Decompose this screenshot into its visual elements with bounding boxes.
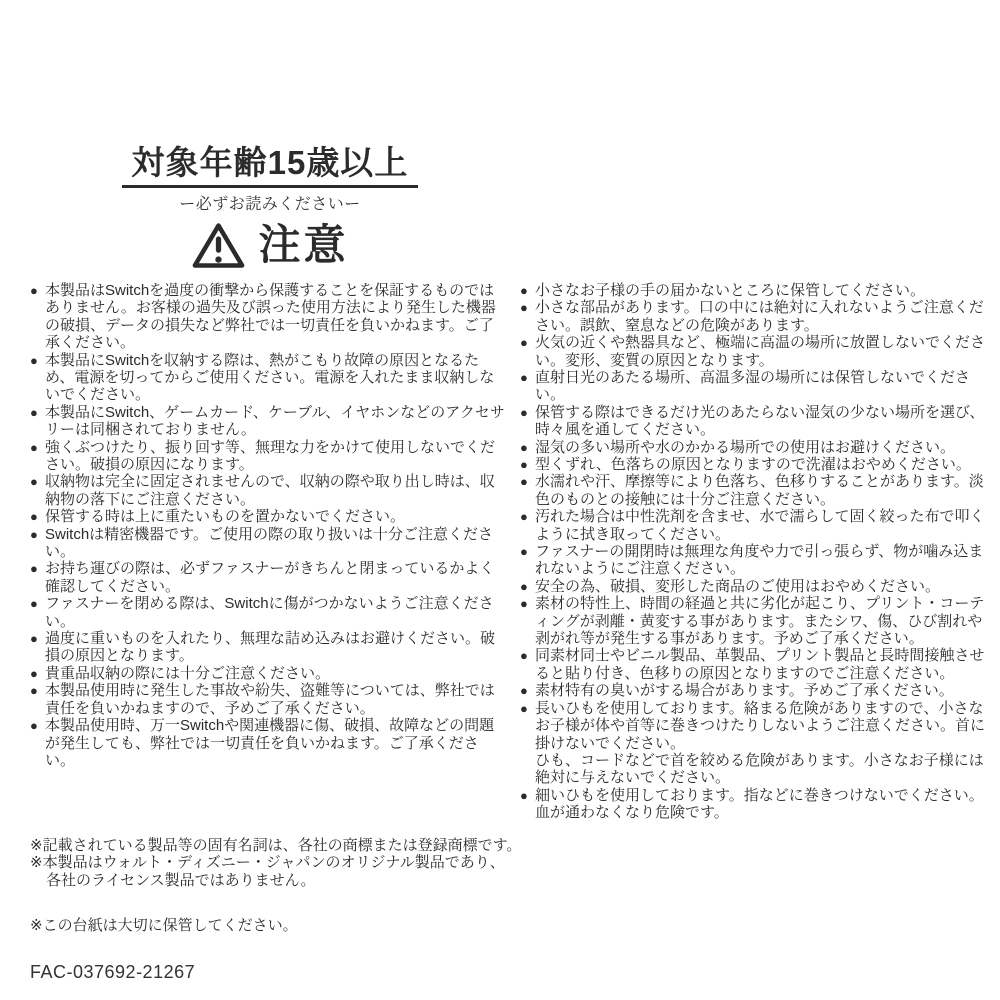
footnotes: ※記載されている製品等の固有名詞は、各社の商標または登録商標です。 ※本製品はウ… — [0, 837, 530, 890]
caution-text: 小さな部品があります。口の中には絶対に入れないようご注意ください。誤飲、窒息など… — [535, 299, 996, 334]
caution-text: 貴重品収納の際には十分ご注意ください。 — [45, 665, 506, 682]
bullet-icon: ● — [30, 682, 45, 699]
caution-text: 安全の為、破損、変形した商品のご使用はおやめください。 — [535, 578, 996, 595]
caution-columns: ●本製品はSwitchを過度の衝撃から保護することを保証するものではありません。… — [0, 270, 1000, 822]
bullet-icon: ● — [520, 682, 535, 699]
caution-text: 本製品にSwitch、ゲームカード、ケーブル、イヤホンなどのアクセサリーは同梱さ… — [45, 404, 506, 439]
bullet-icon: ● — [520, 647, 535, 664]
license-note: ※本製品はウォルト・ディズニー・ジャパンのオリジナル製品であり、 各社のライセン… — [30, 854, 530, 889]
caution-heading: 注意 — [0, 221, 540, 270]
caution-text: 収納物は完全に固定されませんので、収納の際や取り出し時は、収納物の落下にご注意く… — [45, 473, 506, 508]
caution-list-item: ●火気の近くや熱器具など、極端に高温の場所に放置しないでください。変形、変質の原… — [520, 334, 996, 369]
bullet-icon: ● — [30, 595, 45, 612]
caution-text: お持ち運びの際は、必ずファスナーがきちんと閉まっているかよく確認してください。 — [45, 560, 506, 595]
caution-text: 長いひもを使用しております。絡まる危険がありますので、小さなお子様が体や首等に巻… — [535, 700, 996, 787]
caution-list-item: ●型くずれ、色落ちの原因となりますので洗濯はおやめください。 — [520, 456, 996, 473]
age-restriction-label: 対象年齢15歳以上 — [122, 144, 419, 188]
caution-text: 火気の近くや熱器具など、極端に高温の場所に放置しないでください。変形、変質の原因… — [535, 334, 996, 369]
caution-list-item: ●小さな部品があります。口の中には絶対に入れないようご注意ください。誤飲、窒息な… — [520, 299, 996, 334]
caution-text: 細いひもを使用しております。指などに巻きつけないでください。 血が通わなくなり危… — [535, 787, 996, 822]
caution-list-item: ●素材の特性上、時間の経過と共に劣化が起こり、プリント・コーティングが剥離・黄変… — [520, 595, 996, 647]
caution-title: 注意 — [258, 224, 348, 266]
caution-text: 本製品はSwitchを過度の衝撃から保護することを保証するものではありません。お… — [45, 282, 506, 352]
caution-text: 型くずれ、色落ちの原因となりますので洗濯はおやめください。 — [535, 456, 996, 473]
caution-text: 素材特有の臭いがする場合があります。予めご了承ください。 — [535, 682, 996, 699]
caution-list-item: ●ファスナーの開閉時は無理な角度や力で引っ張らず、物が噛み込まれないようにご注意… — [520, 543, 996, 578]
bullet-icon: ● — [30, 665, 45, 682]
bullet-icon: ● — [30, 282, 45, 299]
bullet-icon: ● — [520, 578, 535, 595]
caution-list-item: ●保管する際はできるだけ光のあたらない湿気の少ない場所を選び、時々風を通してくだ… — [520, 404, 996, 439]
bullet-icon: ● — [520, 282, 535, 299]
caution-list-item: ●水濡れや汗、摩擦等により色落ち、色移りすることがあります。淡色のものとの接触に… — [520, 473, 996, 508]
bullet-icon: ● — [520, 595, 535, 612]
bullet-icon: ● — [30, 404, 45, 421]
bullet-icon: ● — [30, 352, 45, 369]
bullet-icon: ● — [520, 700, 535, 717]
caution-text: 本製品使用時、万一Switchや関連機器に傷、破損、故障などの問題が発生しても、… — [45, 717, 506, 769]
caution-text: 保管する際はできるだけ光のあたらない湿気の少ない場所を選び、時々風を通してくださ… — [535, 404, 996, 439]
caution-list-item: ●安全の為、破損、変形した商品のご使用はおやめください。 — [520, 578, 996, 595]
trademark-note: ※記載されている製品等の固有名詞は、各社の商標または登録商標です。 — [30, 837, 530, 855]
bullet-icon: ● — [520, 439, 535, 456]
caution-text: 同素材同士やビニル製品、革製品、プリント製品と長時間接触させると貼り付き、色移り… — [535, 647, 996, 682]
read-note: ー必ずお読みくださいー — [0, 191, 540, 214]
caution-list-item: ●強くぶつけたり、振り回す等、無理な力をかけて使用しないでください。破損の原因に… — [30, 439, 506, 474]
bullet-icon: ● — [520, 334, 535, 351]
caution-text: 汚れた場合は中性洗剤を含ませ、水で濡らして固く絞った布で叩くように拭き取ってくだ… — [535, 508, 996, 543]
caution-list-item: ●過度に重いものを入れたり、無理な詰め込みはお避けください。破損の原因となります… — [30, 630, 506, 665]
caution-list-item: ●汚れた場合は中性洗剤を含ませ、水で濡らして固く絞った布で叩くように拭き取ってく… — [520, 508, 996, 543]
caution-text: Switchは精密機器です。ご使用の際の取り扱いは十分ご注意ください。 — [45, 526, 506, 561]
caution-text: 強くぶつけたり、振り回す等、無理な力をかけて使用しないでください。破損の原因にな… — [45, 439, 506, 474]
caution-text: 水濡れや汗、摩擦等により色落ち、色移りすることがあります。淡色のものとの接触には… — [535, 473, 996, 508]
caution-text: 過度に重いものを入れたり、無理な詰め込みはお避けください。破損の原因となります。 — [45, 630, 506, 665]
caution-text: 本製品使用時に発生した事故や紛失、盗難等については、弊社では責任を負いかねますの… — [45, 682, 506, 717]
caution-list-item: ●湿気の多い場所や水のかかる場所での使用はお避けください。 — [520, 439, 996, 456]
caution-text: 小さなお子様の手の届かないところに保管してください。 — [535, 282, 996, 299]
caution-list-item: ●本製品使用時、万一Switchや関連機器に傷、破損、故障などの問題が発生しても… — [30, 717, 506, 769]
caution-text: ファスナーの開閉時は無理な角度や力で引っ張らず、物が噛み込まれないようにご注意く… — [535, 543, 996, 578]
caution-list-item: ●ファスナーを閉める際は、Switchに傷がつかないようご注意ください。 — [30, 595, 506, 630]
caution-list-item: ●本製品はSwitchを過度の衝撃から保護することを保証するものではありません。… — [30, 282, 506, 352]
caution-list-item: ●直射日光のあたる場所、高温多湿の場所には保管しないでください。 — [520, 369, 996, 404]
left-caution-list: ●本製品はSwitchを過度の衝撃から保護することを保証するものではありません。… — [30, 282, 506, 822]
bullet-icon: ● — [30, 439, 45, 456]
caution-list-item: ●本製品にSwitchを収納する際は、熱がこもり故障の原因となるため、電源を切っ… — [30, 352, 506, 404]
caution-list-item: ●Switchは精密機器です。ご使用の際の取り扱いは十分ご注意ください。 — [30, 526, 506, 561]
caution-list-item: ●素材特有の臭いがする場合があります。予めご了承ください。 — [520, 682, 996, 699]
keep-card-note: ※この台紙は大切に保管してください。 — [0, 914, 1000, 935]
caution-list-item: ●長いひもを使用しております。絡まる危険がありますので、小さなお子様が体や首等に… — [520, 700, 996, 787]
bullet-icon: ● — [520, 299, 535, 316]
caution-card: 対象年齢15歳以上 ー必ずお読みくださいー 注意 ●本製品はSwitchを過度の… — [0, 0, 1000, 1000]
bullet-icon: ● — [30, 526, 45, 543]
bullet-icon: ● — [520, 473, 535, 490]
caution-text: 素材の特性上、時間の経過と共に劣化が起こり、プリント・コーティングが剥離・黄変す… — [535, 595, 996, 647]
bullet-icon: ● — [520, 508, 535, 525]
caution-list-item: ●小さなお子様の手の届かないところに保管してください。 — [520, 282, 996, 299]
caution-text: 本製品にSwitchを収納する際は、熱がこもり故障の原因となるため、電源を切って… — [45, 352, 506, 404]
header: 対象年齢15歳以上 ー必ずお読みくださいー 注意 — [0, 0, 540, 270]
caution-list-item: ●細いひもを使用しております。指などに巻きつけないでください。 血が通わなくなり… — [520, 787, 996, 822]
caution-list-item: ●本製品にSwitch、ゲームカード、ケーブル、イヤホンなどのアクセサリーは同梱… — [30, 404, 506, 439]
bullet-icon: ● — [30, 560, 45, 577]
bullet-icon: ● — [30, 473, 45, 490]
product-code: FAC-037692-21267 — [0, 962, 1000, 983]
bullet-icon: ● — [30, 717, 45, 734]
warning-triangle-icon — [191, 221, 246, 270]
caution-list-item: ●同素材同士やビニル製品、革製品、プリント製品と長時間接触させると貼り付き、色移… — [520, 647, 996, 682]
bullet-icon: ● — [520, 369, 535, 386]
caution-list-item: ●収納物は完全に固定されませんので、収納の際や取り出し時は、収納物の落下にご注意… — [30, 473, 506, 508]
bullet-icon: ● — [30, 508, 45, 525]
bullet-icon: ● — [520, 543, 535, 560]
caution-text: 直射日光のあたる場所、高温多湿の場所には保管しないでください。 — [535, 369, 996, 404]
caution-text: 保管する時は上に重たいものを置かないでください。 — [45, 508, 506, 525]
bullet-icon: ● — [520, 456, 535, 473]
bullet-icon: ● — [520, 787, 535, 804]
caution-text: 湿気の多い場所や水のかかる場所での使用はお避けください。 — [535, 439, 996, 456]
right-caution-list: ●小さなお子様の手の届かないところに保管してください。 ●小さな部品があります。… — [520, 282, 996, 822]
caution-text: ファスナーを閉める際は、Switchに傷がつかないようご注意ください。 — [45, 595, 506, 630]
bullet-icon: ● — [520, 404, 535, 421]
caution-list-item: ●お持ち運びの際は、必ずファスナーがきちんと閉まっているかよく確認してください。 — [30, 560, 506, 595]
bullet-icon: ● — [30, 630, 45, 647]
caution-list-item: ●保管する時は上に重たいものを置かないでください。 — [30, 508, 506, 525]
caution-list-item: ●本製品使用時に発生した事故や紛失、盗難等については、弊社では責任を負いかねます… — [30, 682, 506, 717]
caution-list-item: ●貴重品収納の際には十分ご注意ください。 — [30, 665, 506, 682]
